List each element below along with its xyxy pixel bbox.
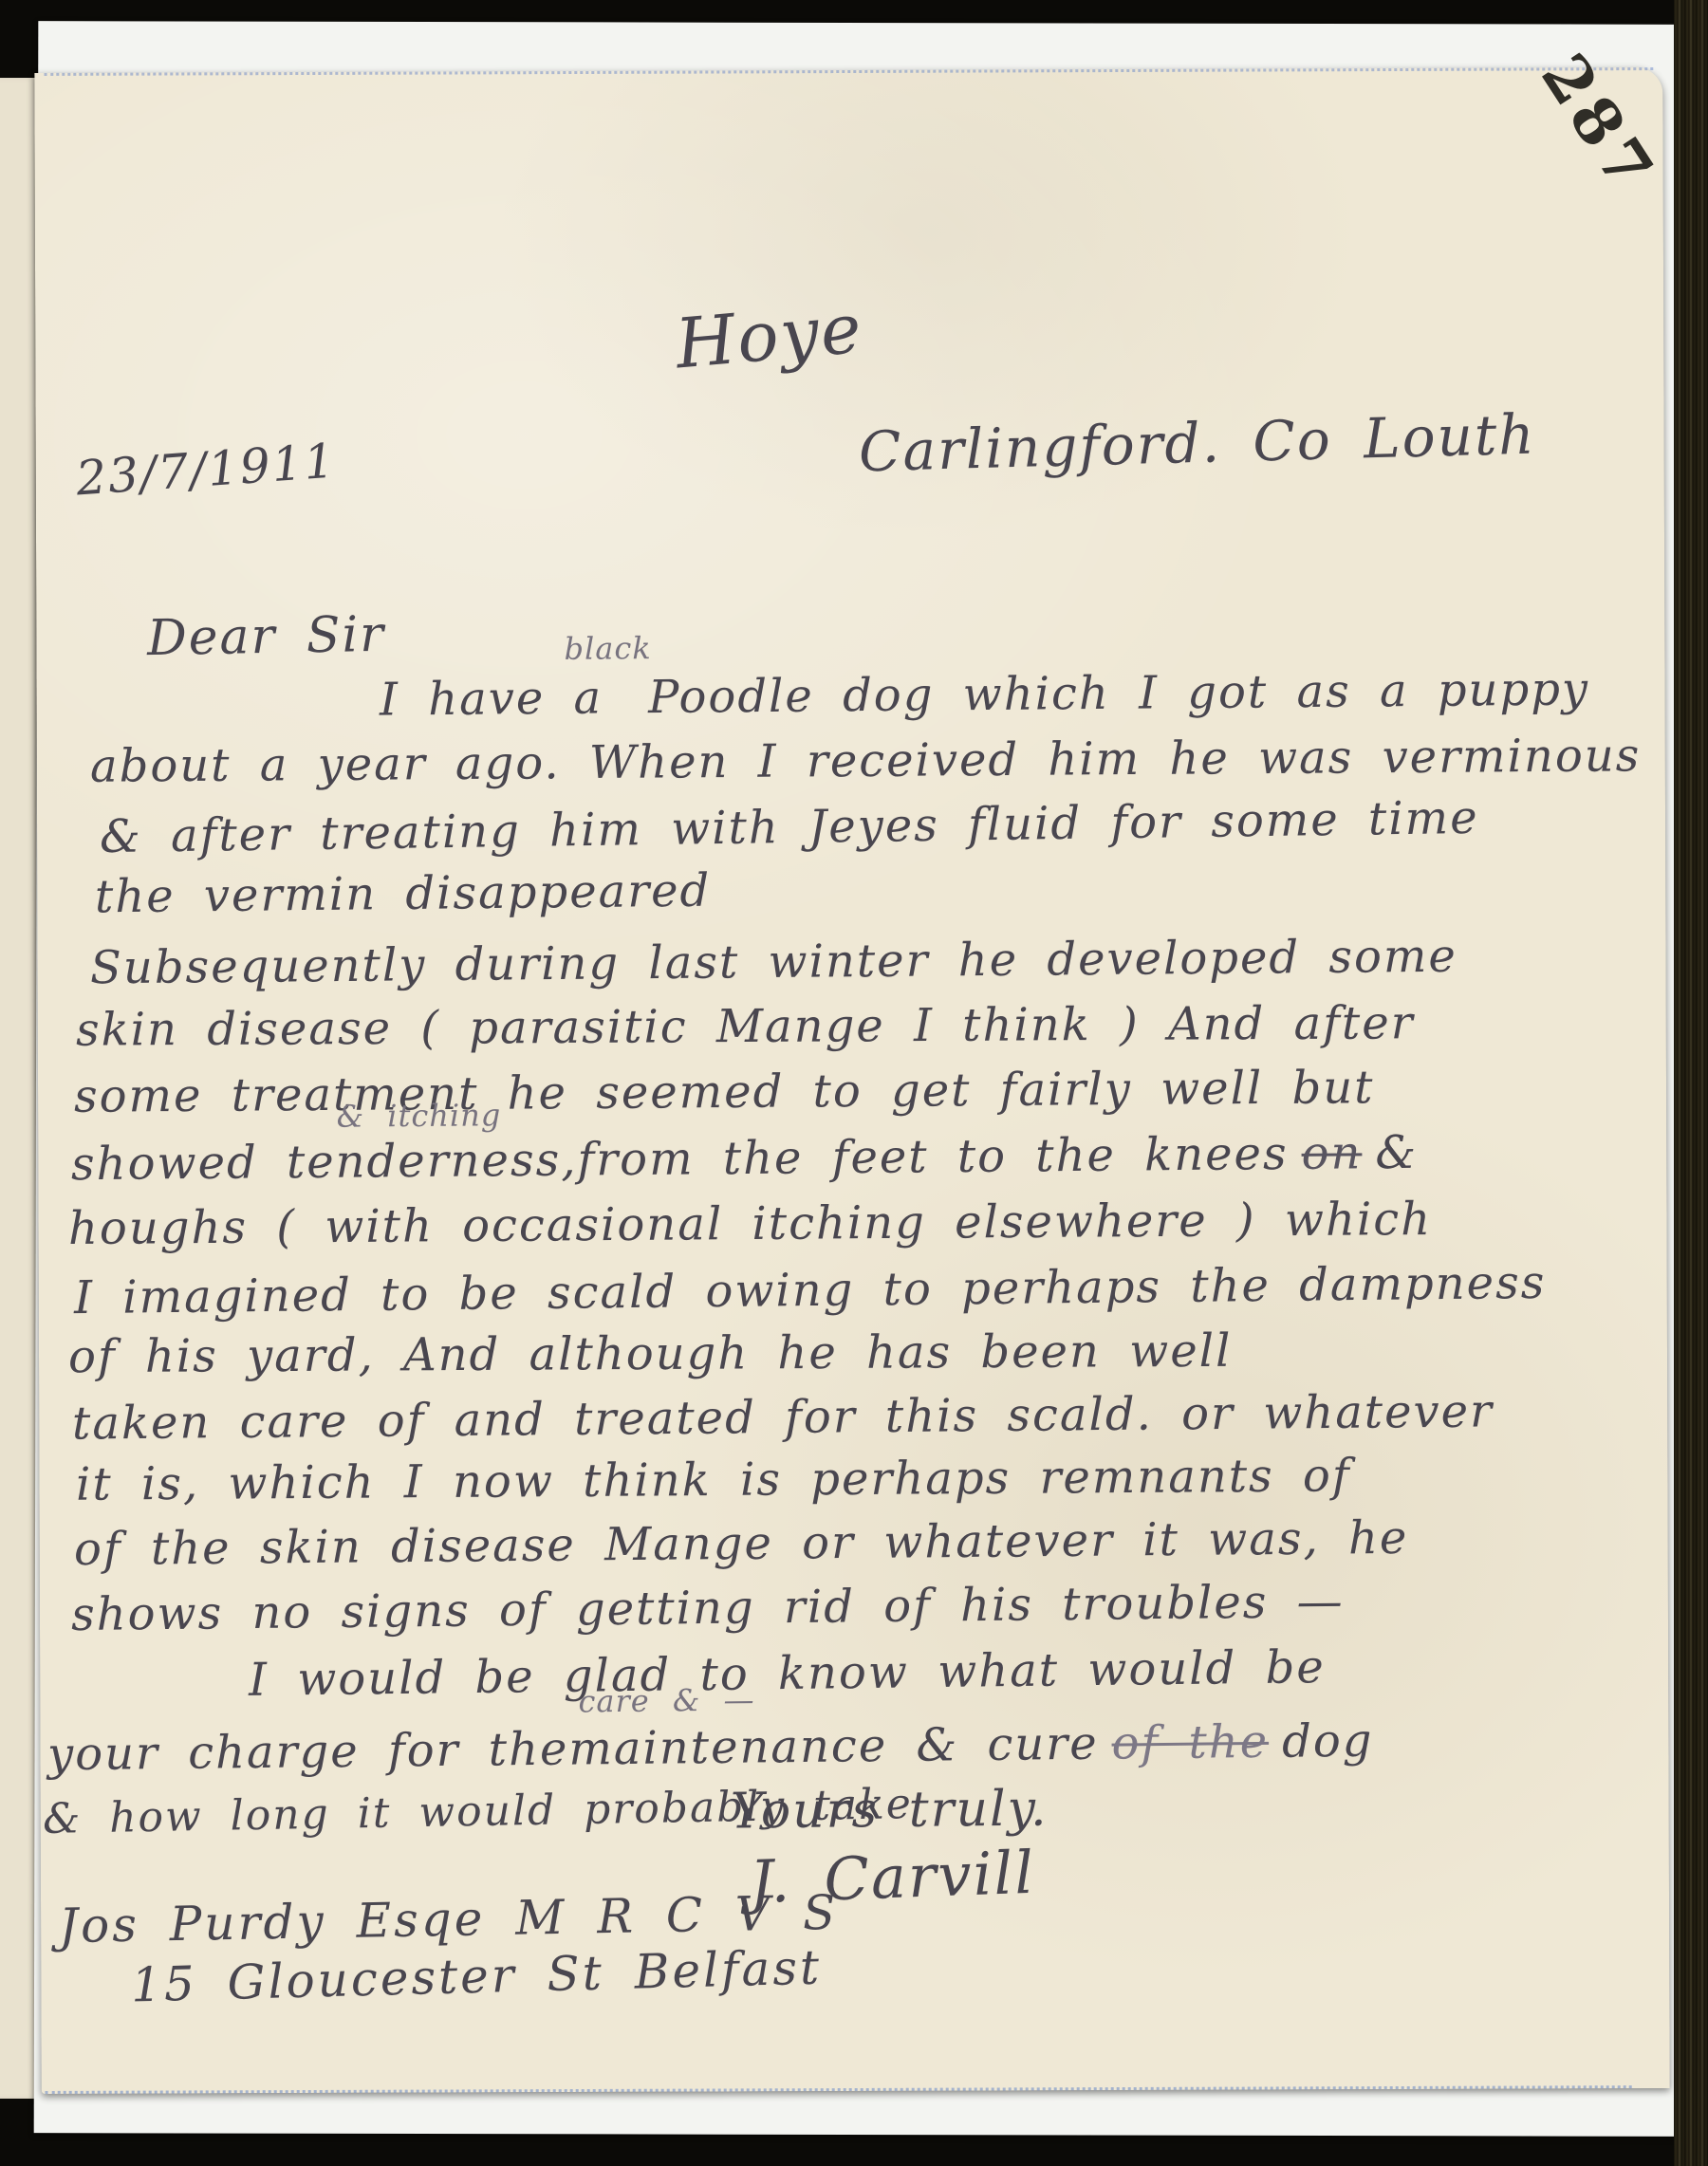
addressee-address: 15 Gloucester St Belfast: [130, 1943, 822, 2009]
inserted-words: & itching: [336, 1100, 501, 1132]
letter-date: 23/7/1911: [75, 436, 338, 502]
line-text: &: [1375, 1126, 1418, 1179]
body-line: about a year ago. When I received him he…: [90, 732, 1642, 788]
body-line: showed tenderness,& itchingfrom the feet…: [71, 1130, 1419, 1187]
sender-location: Carlingford. Co Louth: [858, 407, 1536, 480]
body-line: of his yard, And although he has been we…: [68, 1328, 1233, 1379]
body-line: skin disease ( parasitic Mange I think )…: [76, 1000, 1415, 1052]
body-line: I imagined to be scald owing to perhaps …: [74, 1260, 1547, 1321]
body-line: Subsequently during last winter he devel…: [90, 934, 1457, 991]
addressee-name: Jos Purdy Esqe M R C V S: [59, 1889, 839, 1950]
body-line: & after treating him with Jeyes fluid fo…: [100, 795, 1479, 860]
inserted-words: care & —: [578, 1685, 754, 1717]
line-text: I have a: [380, 672, 603, 727]
body-line: I would be glad to know what would be: [249, 1644, 1326, 1703]
body-line: it is, which I now think is perhaps remn…: [76, 1453, 1351, 1507]
line-text: Poodle dog which I got as a puppy: [648, 662, 1589, 724]
body-line: shows no signs of getting rid of his tro…: [71, 1579, 1345, 1638]
body-line: houghs ( with occasional itching elsewhe…: [68, 1196, 1432, 1251]
line-text: dog: [1282, 1714, 1374, 1768]
sender-place: Hoye: [673, 294, 865, 379]
line-text: showed tenderness,: [71, 1134, 578, 1192]
letter-content: 287 Hoye Carlingford. Co Louth 23/7/1911…: [0, 0, 1708, 2166]
body-line: some treatment he seemed to get fairly w…: [74, 1064, 1375, 1120]
body-line: taken care of and treated for this scald…: [72, 1388, 1494, 1446]
body-line: the vermin disappeared: [95, 868, 712, 920]
closing: Yours truly.: [731, 1785, 1049, 1837]
struck-word: on: [1301, 1126, 1362, 1180]
line-text: your charge for the: [47, 1723, 569, 1782]
body-line: I have ablackPoodle dog which I got as a…: [380, 666, 1589, 722]
inserted-word: black: [564, 633, 651, 664]
line-text: maintenance & cure: [568, 1717, 1099, 1776]
salutation: Dear Sir: [147, 610, 386, 663]
body-line: your charge for thecare & —maintenance &…: [47, 1718, 1374, 1778]
body-line: of the skin disease Mange or whatever it…: [74, 1515, 1409, 1572]
line-text: from the feet to the knees: [577, 1127, 1289, 1187]
page-number-stamp: 287: [1527, 41, 1662, 193]
scanned-letter-photo: 287 Hoye Carlingford. Co Louth 23/7/1911…: [0, 0, 1708, 2166]
struck-words: of the: [1111, 1715, 1269, 1770]
